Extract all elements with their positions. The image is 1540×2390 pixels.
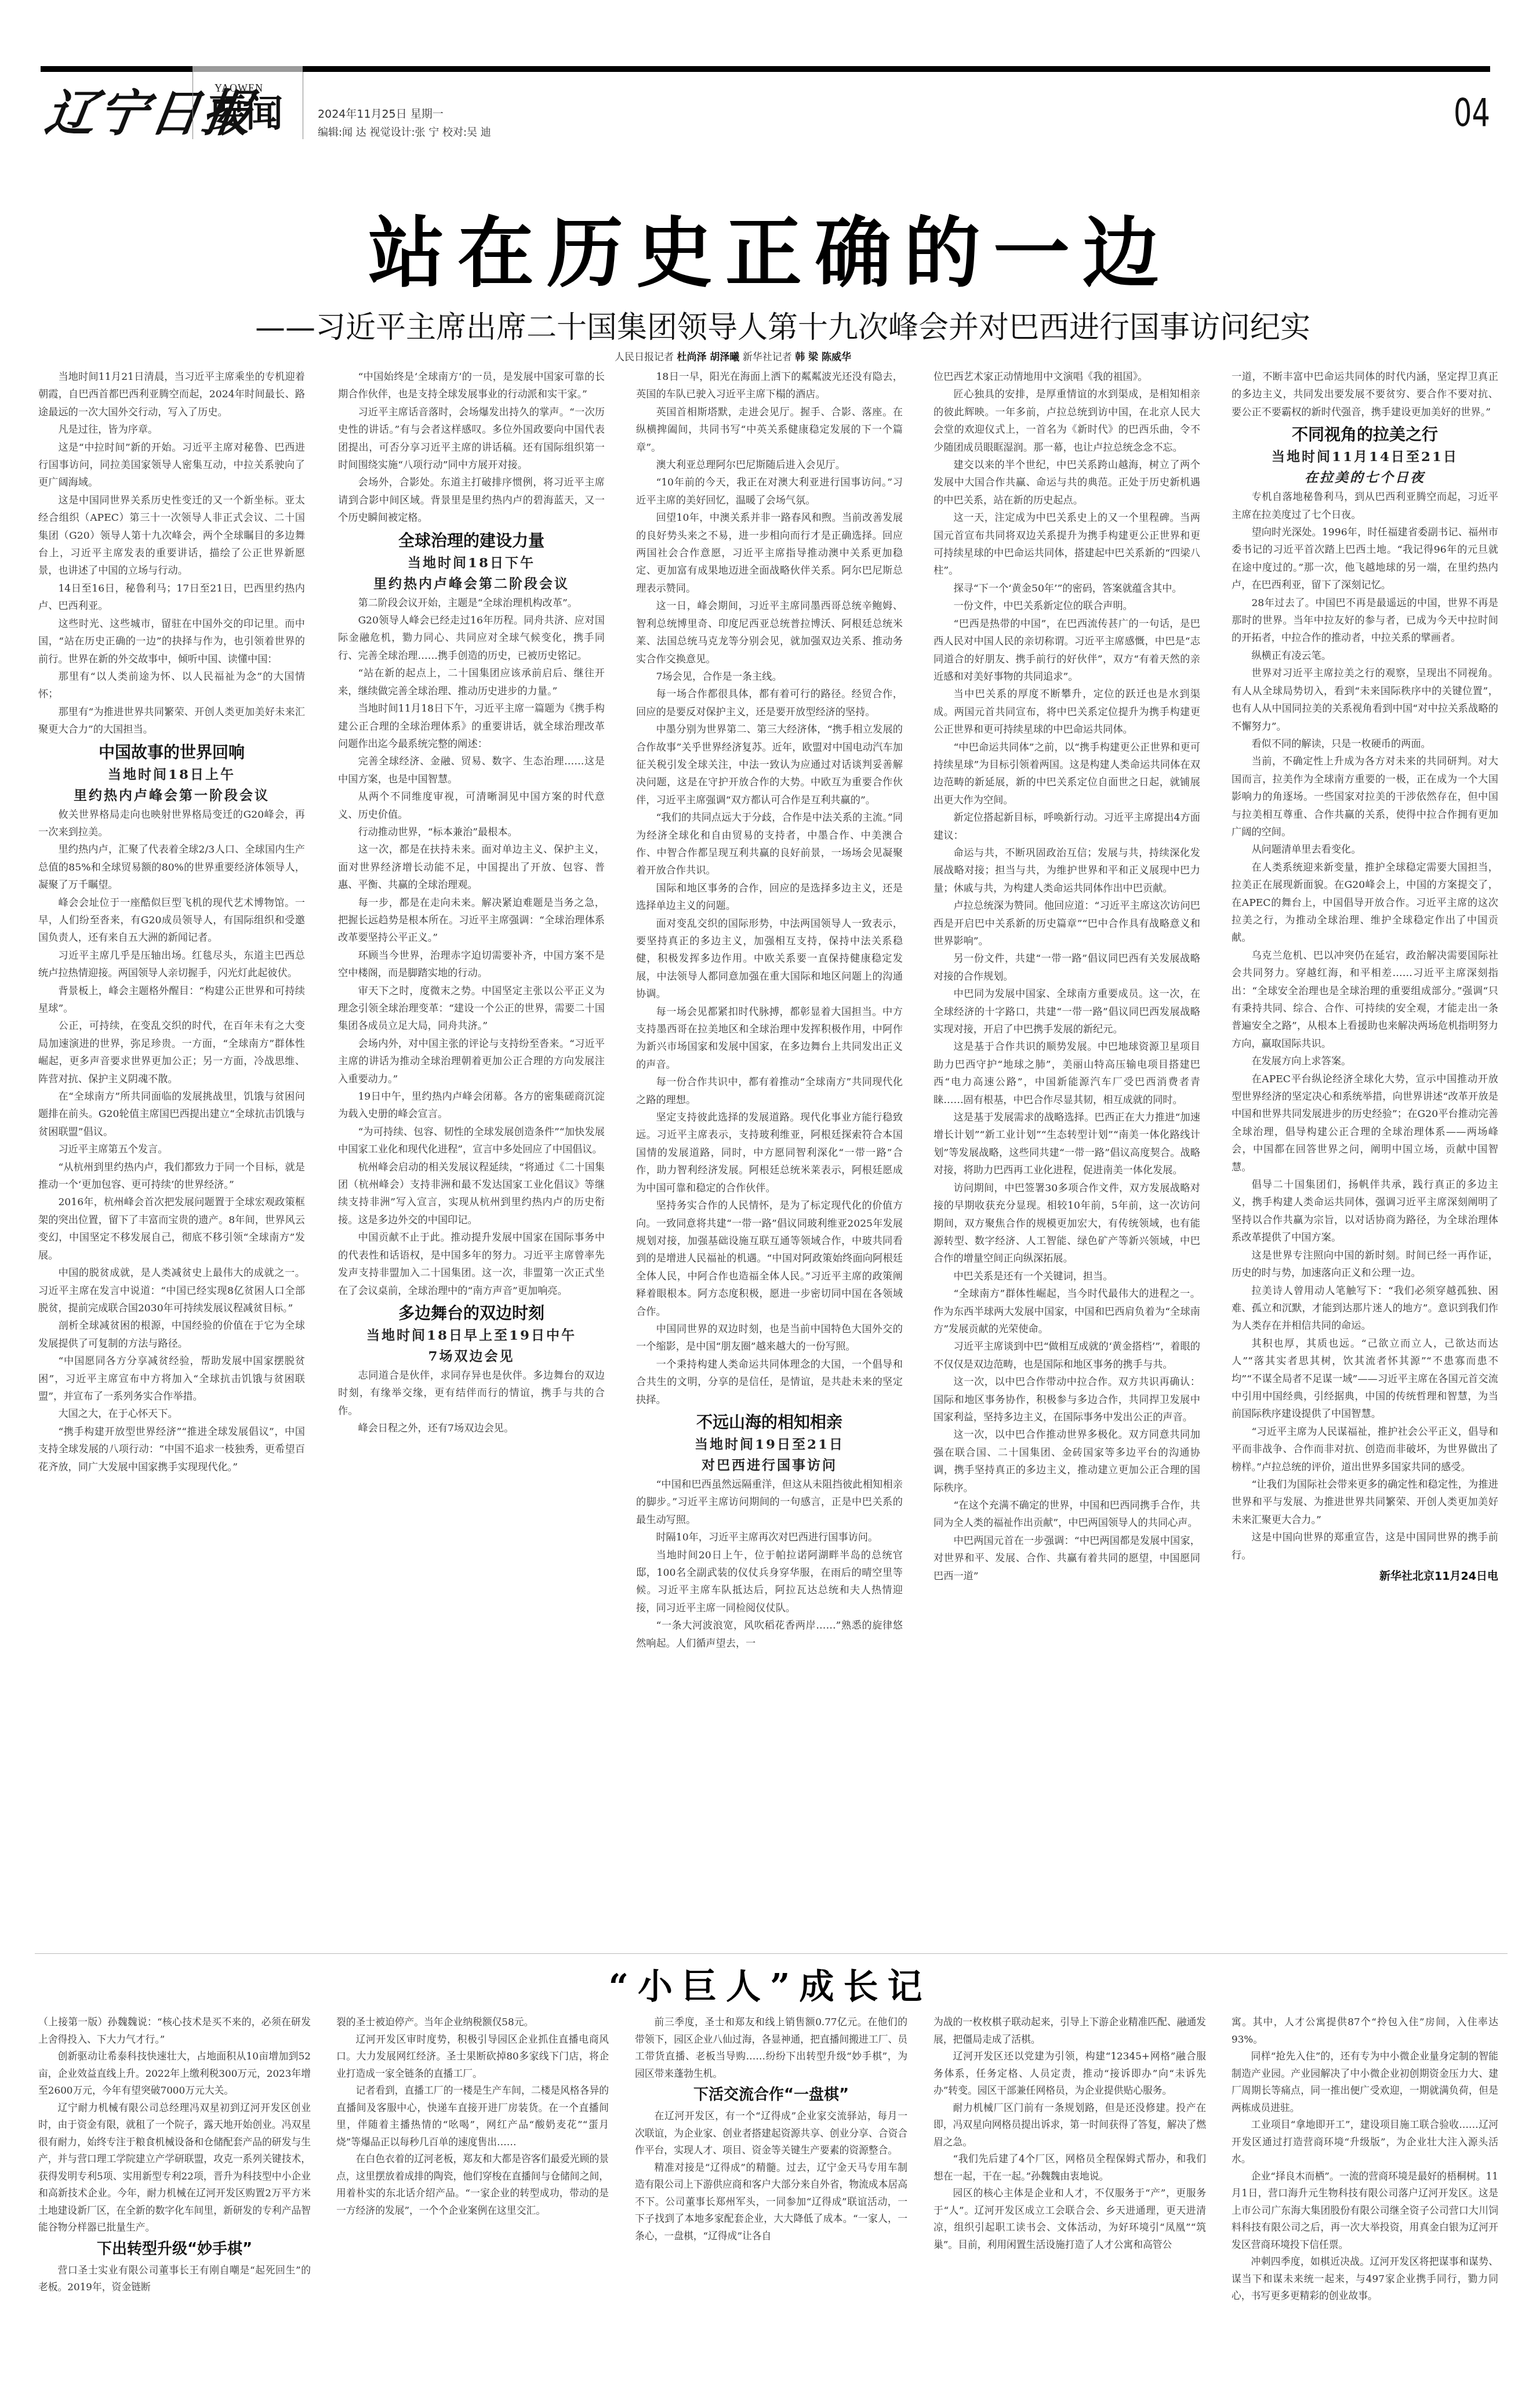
byline-org: 新华社记者 bbox=[743, 351, 792, 363]
paragraph: 时隔10年，习近平主席再次对巴西进行国事访问。 bbox=[636, 1529, 903, 1546]
paragraph: “巴西是热带的中国”，在巴西流传甚广的一句话，是巴西人民对中国人民的亲切称谓。习… bbox=[934, 615, 1200, 686]
paragraph: 在人类系统迎来新变量，推护全球稳定需要大国担当，拉美正在展现新面貌。在G20峰会… bbox=[1232, 859, 1498, 947]
paragraph: G20领导人峰会已经走过16年历程。同舟共济、应对国际金融危机，勠力同心、共同应… bbox=[338, 612, 605, 665]
paragraph: “一条大河波浪宽，风吹稻花香两岸……”熟悉的旋律悠然响起。人们循声望去，一 bbox=[636, 1617, 903, 1652]
lower-article-headline: “小巨人”成长记 bbox=[0, 1959, 1540, 2009]
paragraph: 18日一早，阳光在海面上洒下的粼粼波光还没有隐去，英国的车队已驶入习近平主席下榻… bbox=[636, 368, 903, 404]
paragraph: 这些时光、这些城市，留驻在中国外交的印记里。而中国，“站在历史正确的一边”的抉择… bbox=[38, 615, 305, 668]
paragraph: “中巴命运共同体”之前，以“携手构建更公正世界和更可持续星球”为目标引领着两国。… bbox=[934, 739, 1200, 810]
page-number: 04 bbox=[1454, 90, 1490, 135]
paragraph: “中国愿同各方分享减贫经验，帮助发展中国家摆脱贫困”，习近平主席宣布中方将加入“… bbox=[38, 1352, 305, 1405]
paragraph: 背景板上，峰会主题格外醒目：“构建公正世界和可持续星球”。 bbox=[38, 982, 305, 1018]
article-column-5: 一道，不断丰富中巴命运共同体的时代内涵，坚定捍卫真正的多边主义，共同发出要发展不… bbox=[1232, 368, 1498, 1585]
paragraph: “中国始终是‘全球南方’的一员，是发展中国家可靠的长期合作伙伴，也是支持全球发展… bbox=[338, 368, 605, 404]
paragraph: （上接第一版）孙魏魏说：“核心技术是买不来的，必须在研发上舍得投入、下大力气才行… bbox=[38, 2014, 311, 2048]
paragraph: 从两个不同维度审视，可清晰洞见中国方案的时代意义、历史价值。 bbox=[338, 788, 605, 824]
paragraph: 剖析全球减贫困的根源，中国经验的价值在于它为全球发展提供了可复制的方法与路径。 bbox=[38, 1317, 305, 1352]
paragraph: 这一日，峰会期间，习近平主席同墨西哥总统辛鲍姆、智利总统博里奇、印度尼西亚总统普… bbox=[636, 597, 903, 668]
article-column-4: 位巴西艺术家正动情地用中文演唱《我的祖国》。 匠心独具的安排，是厚重情谊的水到渠… bbox=[934, 368, 1200, 1585]
paragraph: 28年过去了。中国巴不再是最遥远的中国，世界不再是那时的世界。当年中拉友好的参与… bbox=[1232, 594, 1498, 647]
byline-authors: 韩 梁 陈威华 bbox=[795, 351, 851, 363]
paragraph: 从问题清单里去看变化。 bbox=[1232, 841, 1498, 858]
paragraph: 公正，可持续，在变乱交织的时代，在百年未有之大变局加速演进的世界，弥足珍贵。一方… bbox=[38, 1017, 305, 1088]
section-heading: 全球治理的建设力量 bbox=[338, 530, 605, 553]
paragraph: 世界对习近平主席拉美之行的观察，呈现出不同视角。有人从全球局势切入，看到“未来国… bbox=[1232, 665, 1498, 735]
section-subheading: 里约热内卢峰会第一阶段会议 bbox=[38, 785, 305, 806]
paragraph: 辽河开发区还以党建为引领，构建“12345+网格”融合服务体系，任务定格、人员定… bbox=[934, 2048, 1206, 2099]
paragraph: 这是中国向世界的郑重宣告，这是中国同世界的携手前行。 bbox=[1232, 1529, 1498, 1564]
main-headline: 站在历史正确的一边 bbox=[0, 191, 1540, 302]
paragraph: 一份文件，中巴关系新定位的联合声明。 bbox=[934, 597, 1200, 615]
paragraph: 完善全球经济、金融、贸易、数字、生态治理……这是中国方案，也是中国智慧。 bbox=[338, 753, 605, 788]
paragraph: 每一场会见都紧扣时代脉搏，都彰显着大国担当。中方支持墨西哥在拉美地区和全球治理中… bbox=[636, 1003, 903, 1074]
section-heading: 不远山海的相知相亲 bbox=[636, 1411, 903, 1434]
paragraph: 命运与共，不断巩固政治互信；发展与共，持续深化发展战略对接；担当与共，为维护世界… bbox=[934, 844, 1200, 897]
paragraph: 为战的一枚枚棋子联动起来，引导上下游企业精准匹配、融通发展，把僵局走成了活棋。 bbox=[934, 2014, 1206, 2048]
paragraph: 志同道合是伙伴，求同存异也是伙伴。多边舞台的双边时刻，有缘举交缘，更有结伴而行的… bbox=[338, 1367, 605, 1420]
dateline: 新华社北京11月24日电 bbox=[1232, 1568, 1498, 1585]
paragraph: 每一份合作共识中，都有着推动“全球南方”共同现代化之路的理想。 bbox=[636, 1073, 903, 1109]
section-heading: 多边舞台的双边时刻 bbox=[338, 1302, 605, 1325]
paragraph: 营口圣士实业有限公司董事长王有刚自嘲是“起死回生”的老板。2019年，资金链断 bbox=[38, 2262, 311, 2296]
paragraph: “10年前的今天，我正在对澳大利亚进行国事访问。”习近平主席的美好回忆，温暖了会… bbox=[636, 474, 903, 509]
section-subheading: 当地时间18日早上至19日中午 bbox=[338, 1325, 605, 1346]
masthead-divider bbox=[192, 72, 193, 139]
paragraph: 中巴两国元首在一步强调：“中巴两国都是发展中国家，对世界和平、发展、合作、共赢有… bbox=[934, 1532, 1200, 1585]
section-subheading: 当地时间18日上午 bbox=[38, 764, 305, 785]
paragraph: 当地时间20日上午，位于帕拉诺阿湖畔半岛的总统官邸，100名全副武装的仪仗兵身穿… bbox=[636, 1547, 903, 1617]
paragraph: 中国同世界的双边时刻，也是当前中国特色大国外交的一个缩影，是中国“朋友圈”越来越… bbox=[636, 1321, 903, 1356]
paragraph: 环顾当今世界，治理赤字迫切需要补齐，中国方案不是空中楼阁，而是脚踏实地的行动。 bbox=[338, 947, 605, 982]
paragraph: 那里有“以人类前途为怀、以人民福祉为念”的大国情怀； bbox=[38, 668, 305, 703]
paragraph: 这是基于发展需求的战略选择。巴西正在大力推进“加速增长计划”“新工业计划”“生态… bbox=[934, 1109, 1200, 1180]
paragraph: 在白色衣着的辽河老板，郑友和大都是咨客们最爱光顾的景点，这里摆放着成排的陶瓷，他… bbox=[336, 2150, 609, 2219]
paragraph: 7场会见，合作是一条主线。 bbox=[636, 668, 903, 686]
section-heading: 不同视角的拉美之行 bbox=[1232, 423, 1498, 447]
paragraph: “携手构建开放型世界经济”“推进全球发展倡议”，中国支持全球发展的八项行动：“中… bbox=[38, 1423, 305, 1476]
paragraph: 另一份文件，共建“一带一路”倡议同巴西有关发展战略对接的合作规划。 bbox=[934, 950, 1200, 985]
section-subheading: 对巴西进行国事访问 bbox=[636, 1455, 903, 1476]
paragraph: 中国贡献不止于此。推动提升发展中国家在国际事务中的代表性和话语权，是中国多年的努… bbox=[338, 1229, 605, 1300]
paragraph: 峰会日程之外，还有7场双边会见。 bbox=[338, 1420, 605, 1437]
paragraph: 在发展方向上求答案。 bbox=[1232, 1053, 1498, 1070]
lower-column-5: 寓。其中，人才公寓提供87个“拎包入住”房间，入住率达93%。 同样“抢先入住”… bbox=[1232, 2014, 1498, 2305]
paragraph: 倡导二十国集团们，扬帆伴共承，践行真正的多边主义，携手构建人类命运共同体，强调习… bbox=[1232, 1176, 1498, 1247]
paragraph: 中墨分别为世界第二、第三大经济体，“携手相立发展的合作故事”关乎世界经济复苏。近… bbox=[636, 721, 903, 809]
paragraph: 在“全球南方”所共同面临的发展挑战里，饥饿与贫困问题排在前头。G20轮值主席国巴… bbox=[38, 1088, 305, 1141]
paragraph: 当地时间11月21日清晨，当习近平主席乘坐的专机迎着朝霞，自巴西首都巴西利亚腾空… bbox=[38, 368, 305, 421]
paragraph: 攸关世界格局走向也映射世界格局变迁的G20峰会，再一次来到拉美。 bbox=[38, 806, 305, 842]
paragraph: “为可持续、包容、韧性的全球发展创造条件”“加快发展中国家工业化和现代化进程”，… bbox=[338, 1123, 605, 1159]
paragraph: 习近平主席第五个发言。 bbox=[38, 1141, 305, 1158]
paragraph: 冲刺四季度，如棋近决战。辽河开发区将把谋事和谋势、谋当下和谋未来统一起来，与49… bbox=[1232, 2253, 1498, 2305]
paragraph: 辽宁耐力机械有限公司总经理冯双星初到辽河开发区创业时，由于资金有限，就租了一个院… bbox=[38, 2099, 311, 2236]
paragraph: 裂的圣士被迫停产。当年企业纳税额仅58元。 bbox=[336, 2014, 609, 2031]
paragraph: “站在新的起点上，二十国集团应该承前启后、继往开来，继续做完善全球治理、推动历史… bbox=[338, 665, 605, 700]
section-divider bbox=[35, 1953, 1508, 1954]
section-subheading: 当地时间19日至21日 bbox=[636, 1434, 903, 1455]
paragraph: 在APEC平台纵论经济全球化大势，宣示中国推动开放型世界经济的坚定决心和系统举措… bbox=[1232, 1071, 1498, 1176]
paragraph: 中巴关系是还有一个关键词，担当。 bbox=[934, 1268, 1200, 1285]
paragraph: 这是“中拉时间”新的开始。习近平主席对秘鲁、巴西进行国事访问，同拉美国家领导人密… bbox=[38, 439, 305, 492]
paragraph: 纵横正有凌云笔。 bbox=[1232, 647, 1498, 665]
paragraph: 会场内外，对中国主张的评论与支持纷至沓来。“习近平主席的讲话为推动全球治理朝着更… bbox=[338, 1035, 605, 1088]
paragraph: 这一次，都是在扶持未来。面对单边主义、保护主义，面对世界经济增长动能不足，中国提… bbox=[338, 841, 605, 894]
paragraph: 行动推动世界，“标本兼治”最根本。 bbox=[338, 824, 605, 841]
byline-org: 人民日报记者 bbox=[615, 351, 674, 363]
byline-authors: 杜尚泽 胡泽曦 bbox=[677, 351, 739, 363]
paragraph: 坚持务实合作的人民情怀，是为了标定现代化的价值方向。一致同意将共建“一带一路”倡… bbox=[636, 1197, 903, 1321]
paragraph: 匠心独具的安排，是厚重情谊的水到渠成，是相知相亲的彼此辉映。一年多前，卢拉总统到… bbox=[934, 386, 1200, 456]
paragraph: 19日中午，里约热内卢峰会闭幕。各方的密集磋商沉淀为载入史册的峰会宣言。 bbox=[338, 1088, 605, 1123]
paragraph: 位巴西艺术家正动情地用中文演唱《我的祖国》。 bbox=[934, 368, 1200, 386]
paragraph: “让我们为国际社会带来更多的确定性和稳定性，为推进世界和平与发展、为推进世界共同… bbox=[1232, 1476, 1498, 1529]
section-subheading: 7场双边会见 bbox=[338, 1346, 605, 1367]
paragraph: 精准对接是“辽得成”的精髓。过去，辽宁金天马专用车制造有限公司上下游供应商和客户… bbox=[635, 2159, 907, 2245]
paragraph: 建交以来的半个世纪，中巴关系跨山越海，树立了两个发展中大国合作共赢、命运与共的典… bbox=[934, 456, 1200, 509]
main-subheadline: ——习近平主席出席二十国集团领导人第十九次峰会并对巴西进行国事访问纪实 bbox=[116, 303, 1450, 346]
paragraph: 回望10年，中澳关系并非一路春风和煦。当前改善发展的良好势头来之不易，进一步相向… bbox=[636, 509, 903, 597]
paragraph: 这是中国同世界关系历史性变迁的又一个新坐标。亚太经合组织（APEC）第三十一次领… bbox=[38, 492, 305, 580]
paragraph: 这一次，以中巴合作推动世界多极化。双方同意共同加强在联合国、二十国集团、金砖国家… bbox=[934, 1426, 1200, 1497]
byline: 人民日报记者 杜尚泽 胡泽曦 新华社记者 韩 梁 陈威华 bbox=[615, 349, 851, 363]
paragraph: 耐力机械厂区门前有一条规划路，但是还没修建。投产在即，冯双星向网格员提出诉求，第… bbox=[934, 2099, 1206, 2151]
masthead-divider bbox=[303, 72, 303, 139]
section-heading: 下出转型升级“妙手棋” bbox=[38, 2236, 311, 2262]
paragraph: 中巴同为发展中国家、全球南方重要成员。这一次，在全球经济的十字路口，共建“一带一… bbox=[934, 985, 1200, 1038]
paragraph: 那里有“为推进世界共同繁荣、开创人类更加美好未来汇聚更大合力”的大国担当。 bbox=[38, 703, 305, 739]
paragraph: 当前，不确定性上升成为各方对未来的共同研判。对大国而言，拉美作为全球南方重要的一… bbox=[1232, 753, 1498, 841]
lower-column-4: 为战的一枚枚棋子联动起来，引导上下游企业精准匹配、融通发展，把僵局走成了活棋。 … bbox=[934, 2014, 1206, 2253]
paragraph: 这是世界专注照向中国的新时刻。时间已经一再作证，历史的时与势，加速落向正义和公理… bbox=[1232, 1247, 1498, 1282]
paragraph: 面对变乱交织的国际形势，中法两国领导人一致表示，要坚持真正的多边主义，加强相互支… bbox=[636, 915, 903, 1003]
lower-column-1: （上接第一版）孙魏魏说：“核心技术是买不来的，必须在研发上舍得投入、下大力气才行… bbox=[38, 2014, 311, 2296]
paragraph: 这一天，注定成为中巴关系史上的又一个里程碑。当两国元首宣布共同将双边关系提升为携… bbox=[934, 509, 1200, 580]
paragraph: 拉美诗人曾用动人笔触写下：“我们必须穿越孤独、困难、孤立和沉默，才能到达那片迷人… bbox=[1232, 1282, 1498, 1335]
paragraph: 杭州峰会启动的相关发展议程延续，“将通过《二十国集团（杭州峰会）支持非洲和最不发… bbox=[338, 1159, 605, 1230]
paragraph: 探寻“下一个‘黄金50年’”的密码，答案就蕴含其中。 bbox=[934, 580, 1200, 597]
paragraph: 凡是过往，皆为序章。 bbox=[38, 421, 305, 438]
paragraph: “我们先后建了4个厂区，网格员全程保姆式帮办，和我们想在一起，干在一起。”孙魏魏… bbox=[934, 2150, 1206, 2185]
paragraph: 习近平主席几乎是压轴出场。红毯尽头，东道主巴西总统卢拉热情迎接。两国领导人亲切握… bbox=[38, 947, 305, 982]
editor-credits: 编辑:闻 达 视觉设计:张 宁 校对:吴 迪 bbox=[318, 124, 491, 139]
paragraph: 访问期间，中巴签署30多项合作文件，双方发展战略对接的早期收获充分显现。相较10… bbox=[934, 1180, 1200, 1268]
paragraph: 当中巴关系的厚度不断攀升，定位的跃迁也是水到渠成。两国元首共同宣布，将中巴关系定… bbox=[934, 686, 1200, 738]
article-column-1: 当地时间11月21日清晨，当习近平主席乘坐的专机迎着朝霞，自巴西首都巴西利亚腾空… bbox=[38, 368, 305, 1476]
paragraph: 这一次，以中巴合作带动中拉合作。双方共识再确认：国际和地区事务协作，积极参与多边… bbox=[934, 1373, 1200, 1426]
paragraph: “我们的共同点远大于分歧，合作是中法关系的主流。”同为经济全球化和自由贸易的支持… bbox=[636, 809, 903, 880]
paragraph: 其积也厚，其质也远。“己欲立而立人，己欲达而达人”“落其实者思其树，饮其流者怀其… bbox=[1232, 1335, 1498, 1423]
paragraph: 创新驱动让希泰科技快速壮大，占地面积从10亩增加到52亩，企业效益直线上升。20… bbox=[38, 2048, 311, 2099]
section-heading: 下活交流合作“一盘棋” bbox=[635, 2082, 907, 2108]
paragraph: 里约热内卢，汇聚了代表着全球2/3人口、全球国内生产总值的85%和全球贸易额的8… bbox=[38, 841, 305, 894]
paragraph: 每一场合作都很具体，都有着可行的路径。经贸合作，回应的是要反对保护主义，还是要开… bbox=[636, 686, 903, 721]
paragraph: 大国之大，在于心怀天下。 bbox=[38, 1405, 305, 1423]
paragraph: 2016年，杭州峰会首次把发展问题置于全球宏观政策框架的突出位置，留下了丰富而宝… bbox=[38, 1194, 305, 1264]
paragraph: 辽河开发区审时度势，积极引导园区企业抓住直播电商风口。大力发展网红经济。圣士果断… bbox=[336, 2031, 609, 2083]
masthead: 辽宁日报 YAOWEN 要闻 2024年11月25日 星期一 编辑:闻 达 视觉… bbox=[41, 66, 1490, 142]
paragraph: 国际和地区事务的合作，回应的是选择多边主义，还是选择单边主义的问题。 bbox=[636, 880, 903, 915]
paragraph: “从杭州到里约热内卢，我们都致力于同一个目标，就是推动一个‘更加包容、更可持续’… bbox=[38, 1159, 305, 1194]
paragraph: “习近平主席为人民谋福祉，推护社会公平正义，倡导和平而非战争、合作而非对抗、创造… bbox=[1232, 1423, 1498, 1476]
paragraph: 寓。其中，人才公寓提供87个“拎包入住”房间，入住率达93%。 bbox=[1232, 2014, 1498, 2048]
paragraph: 这是基于合作共识的顺势发展。中巴地球资源卫星项目助力巴西守护“地球之肺”，美丽山… bbox=[934, 1038, 1200, 1109]
issue-date: 2024年11月25日 星期一 bbox=[318, 106, 444, 121]
paragraph: 坚定支持彼此选择的发展道路。现代化事业方能行稳致远。习近平主席表示，支持玻利维亚… bbox=[636, 1109, 903, 1197]
section-heading: 中国故事的世界回响 bbox=[38, 741, 305, 764]
paragraph: 一个秉持构建人类命运共同体理念的大国，一个倡导和合共生的文明，分享的是信任，是情… bbox=[636, 1356, 903, 1409]
paragraph: 前三季度，圣士和郑友和线上销售额0.77亿元。在他们的带领下，园区企业八仙过海，… bbox=[635, 2014, 907, 2082]
section-subheading: 里约热内卢峰会第二阶段会议 bbox=[338, 574, 605, 594]
section-subheading: 在拉美的七个日夜 bbox=[1232, 467, 1498, 488]
paragraph: 当地时间11月18日下午，习近平主席一篇题为《携手构建公正合理的全球治理体系》的… bbox=[338, 700, 605, 753]
section-name: 要闻 bbox=[209, 95, 283, 132]
section-subheading: 当地时间18日下午 bbox=[338, 553, 605, 574]
paragraph: 每一步，都是在走向未来。解决紧迫难题是当务之急，把握长远趋势是根本所在。习近平主… bbox=[338, 894, 605, 947]
paragraph: “在这个充满不确定的世界，中国和巴西同携手合作，共同为全人类的福祉作出贡献”，中… bbox=[934, 1497, 1200, 1532]
paragraph: 卢拉总统深为赞同。他回应道：“习近平主席这次访问巴西是开启巴中关系新的历史篇章”… bbox=[934, 897, 1200, 950]
paragraph: 记者看到，直播工厂的一楼是生产车间，二楼是风格各异的直播间及客服中心，快递车直接… bbox=[336, 2082, 609, 2150]
paragraph: 习近平主席话音落时，会场爆发出持久的掌声。“一次历史性的讲话。”有与会者这样感叹… bbox=[338, 404, 605, 474]
paragraph: 新定位搭起新目标，呼唤新行动。习近平主席提出4方面建议： bbox=[934, 809, 1200, 844]
paragraph: 看似不同的解读，只是一枚硬币的两面。 bbox=[1232, 735, 1498, 753]
paragraph: 英国首相斯塔默，走进会见厅。握手、合影、落座。在纵横捭阖间，共同书写“中英关系健… bbox=[636, 404, 903, 456]
paragraph: “中国和巴西虽然远隔重洋，但这从未阻挡彼此相知相亲的脚步。”习近平主席访问期间的… bbox=[636, 1476, 903, 1529]
article-column-2: “中国始终是‘全球南方’的一员，是发展中国家可靠的长期合作伙伴，也是支持全球发展… bbox=[338, 368, 605, 1438]
article-column-3: 18日一早，阳光在海面上洒下的粼粼波光还没有隐去，英国的车队已驶入习近平主席下榻… bbox=[636, 368, 903, 1652]
paragraph: 园区的核心主体是企业和人才，不仅服务于“产”，更服务于“人”。辽河开发区成立工会… bbox=[934, 2185, 1206, 2253]
paragraph: 澳大利亚总理阿尔巴尼斯随后进入会见厅。 bbox=[636, 456, 903, 474]
lower-column-3: 前三季度，圣士和郑友和线上销售额0.77亿元。在他们的带领下，园区企业八仙过海，… bbox=[635, 2014, 907, 2244]
paragraph: 第二阶段会议开始，主题是“全球治理机构改革”。 bbox=[338, 594, 605, 612]
paragraph: 中国的脱贫成就，是人类减贫史上最伟大的成就之一。习近平主席在发言中说道：“中国已… bbox=[38, 1264, 305, 1317]
lower-column-2: 裂的圣士被迫停产。当年企业纳税额仅58元。 辽河开发区审时度势，积极引导园区企业… bbox=[336, 2014, 609, 2219]
paragraph: 同样“抢先入住”的，还有专为中小微企业量身定制的智能制造产业园。产业园解决了中小… bbox=[1232, 2048, 1498, 2116]
paragraph: 峰会会址位于一座酷似巨型飞机的现代艺术博物馆。一早，人们纷至沓来，有G20成员领… bbox=[38, 894, 305, 947]
paragraph: “全球南方”群体性崛起，当今时代最伟大的进程之一。作为东西半球两大发展中国家，中… bbox=[934, 1285, 1200, 1338]
paragraph: 工业项目“拿地即开工”，建设项目施工联合验收……辽河开发区通过打造营商环境“升级… bbox=[1232, 2116, 1498, 2168]
paragraph: 习近平主席谈到中巴“做相互成就的‘黄金搭档’”，着眼的不仅仅是双边范畴，也是国际… bbox=[934, 1338, 1200, 1373]
paragraph: 望向时光深处。1996年，时任福建省委副书记、福州市委书记的习近平首次踏上巴西土… bbox=[1232, 524, 1498, 594]
paragraph: 14日至16日，秘鲁利马；17日至21日，巴西里约热内卢、巴西利亚。 bbox=[38, 580, 305, 615]
paragraph: 一道，不断丰富中巴命运共同体的时代内涵，坚定捍卫真正的多边主义，共同发出要发展不… bbox=[1232, 368, 1498, 421]
paragraph: 审天下之时，度微末之势。中国坚定主张以公平正义为理念引领全球治理变革：“建设一个… bbox=[338, 982, 605, 1035]
paragraph: 会场外，合影处。东道主打破排序惯例，将习近平主席请到合影中间区域。背景里是里约热… bbox=[338, 474, 605, 527]
paragraph: 在辽河开发区，有一个“辽得成”企业家交流驿站，每月一次联谊，为企业家、创业者搭建… bbox=[635, 2108, 907, 2159]
masthead-bar-accent bbox=[192, 66, 303, 72]
paragraph: 乌克兰危机、巴以冲突仍在延宕，政治解决需要国际社会共同努力。穿越红海，和平相差…… bbox=[1232, 947, 1498, 1053]
section-subheading: 当地时间11月14日至21日 bbox=[1232, 447, 1498, 467]
paragraph: 专机自落地秘鲁利马，到从巴西利亚腾空而起，习近平主席在拉美度过了七个日夜。 bbox=[1232, 488, 1498, 524]
paragraph: 企业“择良木而栖”。一流的营商环境是最好的梧桐树。11月1日，营口海升元生物科技… bbox=[1232, 2168, 1498, 2254]
